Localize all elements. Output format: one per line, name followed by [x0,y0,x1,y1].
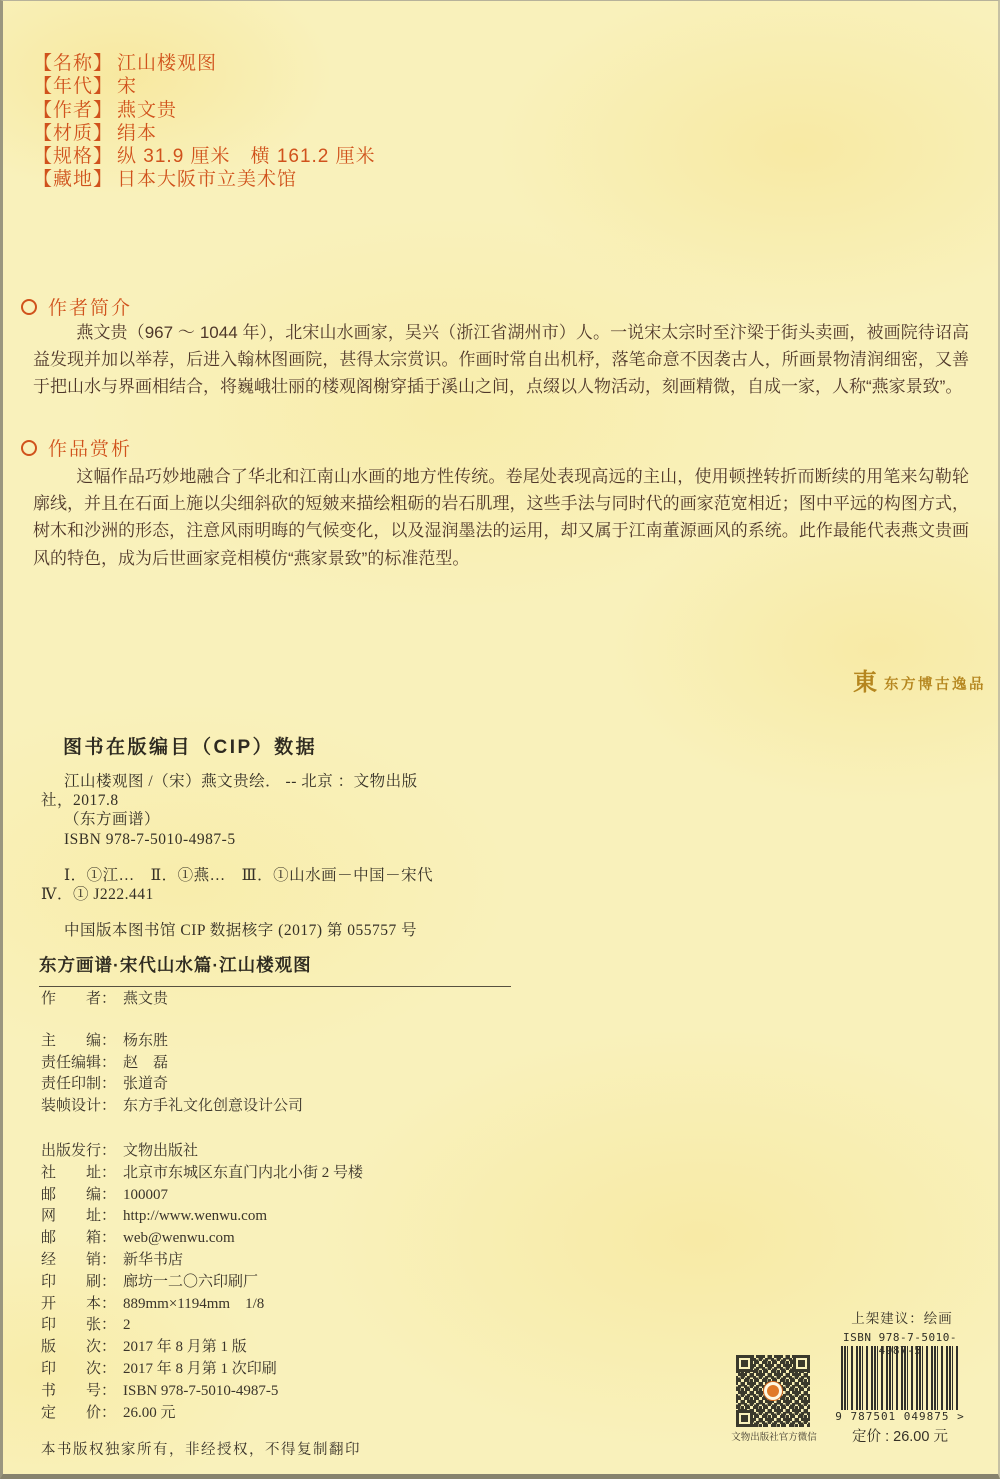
row-value: ISBN 978-7-5010-4987-5 [123,1383,278,1399]
cip-line: 中国版本图书馆 CIP 数据核字 (2017) 第 055757 号 [41,921,433,940]
artwork-info-row: 【藏地】日本大阪市立美术馆 [33,168,376,191]
cip-line: Ⅳ．① J222.441 [41,885,433,904]
artwork-info-row: 【作者】燕文贵 [33,99,376,122]
row-label: 版 次： [41,1335,123,1356]
shelf-advice: 上架建议：绘画 [839,1307,965,1327]
circle-bullet-icon [21,299,37,315]
cip-line: Ⅰ．①江… Ⅱ．①燕… Ⅲ．①山水画－中国－宋代 [41,866,433,885]
colophon-row: 印 张：2 [41,1313,363,1335]
row-value: 2 [123,1317,131,1333]
row-value: 26.00 元 [123,1405,176,1421]
field-value: 日本大阪市立美术馆 [117,169,297,190]
cip-title: 图书在版编目（CIP）数据 [63,732,317,759]
row-value: 文物出版社 [123,1143,198,1159]
qr-finder-icon [736,1355,753,1372]
row-label: 出版发行： [41,1139,123,1160]
colophon-row: 社 址：北京市东城区东直门内北小街 2 号楼 [41,1161,363,1183]
qr-finder-icon [793,1355,810,1372]
row-label: 印 次： [41,1357,123,1378]
colophon-row: 主 编：杨东胜 [41,1029,363,1051]
field-label: 【作者】 [33,100,113,121]
field-label: 【材质】 [33,123,113,144]
row-value: web@wenwu.com [123,1230,235,1246]
colophon-row: 装帧设计：东方手礼文化创意设计公司 [41,1094,363,1116]
circle-bullet-icon [21,440,37,456]
cip-line: ISBN 978-7-5010-4987-5 [41,830,433,849]
row-label: 印 张： [41,1313,123,1334]
colophon-row: 责任编辑：赵 磊 [41,1051,363,1073]
field-label: 【藏地】 [33,169,113,190]
series-title: 东方画谱·宋代山水篇·江山楼观图 [39,952,511,987]
colophon-row: 定 价：26.00 元 [41,1401,363,1423]
row-label: 印 刷： [41,1270,123,1291]
artwork-info-row: 【年代】宋 [33,75,376,98]
section-title: 作者简介 [48,293,132,320]
book-back-cover: 【名称】江山楼观图 【年代】宋 【作者】燕文贵 【材质】绢本 【规格】纵 31.… [0,0,1000,1479]
field-value: 宋 [117,76,137,97]
qr-caption: 文物出版社官方微信 [728,1429,820,1443]
colophon-row: 经 销：新华书店 [41,1248,363,1270]
field-label: 【年代】 [33,76,113,97]
row-label: 开 本： [41,1292,123,1313]
row-value: 100007 [123,1187,168,1203]
field-value: 江山楼观图 [117,53,217,74]
section-header-author-bio: 作者简介 [21,293,132,320]
row-label: 责任印制： [41,1072,123,1093]
row-value: 杨东胜 [123,1033,168,1049]
copyright-notice: 本书版权独家所有，非经授权，不得复制翻印 [41,1438,361,1459]
barcode-price: 定价 : 26.00 元 [837,1425,963,1446]
qr-code [736,1355,810,1427]
row-label: 书 号： [41,1379,123,1400]
colophon-row: 开 本：889mm×1194mm 1/8 [41,1292,363,1314]
row-label: 网 址： [41,1204,123,1225]
row-value: http://www.wenwu.com [123,1208,267,1224]
row-value: 张道奇 [123,1076,168,1092]
colophon-row: 版 次：2017 年 8 月第 1 版 [41,1335,363,1357]
author-bio-paragraph: 燕文贵（967 ～ 1044 年），北宋山水画家，吴兴（浙江省湖州市）人。一说宋… [33,319,969,401]
artwork-analysis-paragraph: 这幅作品巧妙地融合了华北和江南山水画的地方性传统。卷尾处表现高远的主山，使用顿挫… [33,463,969,572]
colophon-row: 邮 箱：web@wenwu.com [41,1226,363,1248]
artwork-info-row: 【名称】江山楼观图 [33,52,376,75]
row-value: 北京市东城区东直门内北小街 2 号楼 [123,1165,363,1181]
row-label: 定 价： [41,1401,123,1422]
colophon-row: 印 次：2017 年 8 月第 1 次印刷 [41,1357,363,1379]
row-label: 作 者： [41,987,123,1008]
field-value: 纵 31.9 厘米 横 161.2 厘米 [117,146,376,167]
brand-name: 东方博古逸品 [884,673,986,694]
row-value: 燕文贵 [123,991,168,1007]
row-label: 主 编： [41,1029,123,1050]
qr-center-logo-icon [763,1381,783,1401]
brand-logo: 東 东方博古逸品 [853,671,986,695]
cip-line: 江山楼观图 /（宋）燕文贵绘． -- 北京 ：文物出版 [41,772,433,791]
field-label: 【规格】 [33,146,113,167]
row-label: 经 销： [41,1248,123,1269]
colophon-row: 出版发行：文物出版社 [41,1139,363,1161]
row-label: 邮 箱： [41,1226,123,1247]
field-value: 绢本 [117,123,157,144]
qr-finder-icon [736,1410,753,1427]
cip-line: （东方画谱） [41,810,433,829]
colophon-row: 邮 编：100007 [41,1183,363,1205]
row-label: 邮 编： [41,1183,123,1204]
section-title: 作品赏析 [48,434,132,461]
colophon-row: 印 刷：廊坊一二〇六印刷厂 [41,1270,363,1292]
row-value: 赵 磊 [123,1055,168,1071]
row-value: 新华书店 [123,1252,183,1268]
brand-seal-icon: 東 [853,671,877,695]
artwork-info: 【名称】江山楼观图 【年代】宋 【作者】燕文贵 【材质】绢本 【规格】纵 31.… [33,52,376,192]
artwork-info-row: 【材质】绢本 [33,122,376,145]
colophon: 作 者：燕文贵 主 编：杨东胜 责任编辑：赵 磊 责任印制：张道奇 装帧设计：东… [41,987,363,1422]
colophon-row: 作 者：燕文贵 [41,987,363,1009]
row-value: 东方手礼文化创意设计公司 [123,1098,303,1114]
row-value: 889mm×1194mm 1/8 [123,1296,264,1312]
row-label: 责任编辑： [41,1051,123,1072]
row-value: 2017 年 8 月第 1 版 [123,1339,247,1355]
row-value: 2017 年 8 月第 1 次印刷 [123,1361,277,1377]
row-value: 廊坊一二〇六印刷厂 [123,1274,258,1290]
row-label: 社 址： [41,1161,123,1182]
colophon-row: 网 址：http://www.wenwu.com [41,1204,363,1226]
cip-line: 社，2017.8 [41,791,433,810]
section-header-artwork-analysis: 作品赏析 [21,434,132,461]
field-label: 【名称】 [33,53,113,74]
cip-block: 江山楼观图 /（宋）燕文贵绘． -- 北京 ：文物出版 社，2017.8 （东方… [41,772,433,940]
colophon-row: 责任印制：张道奇 [41,1072,363,1094]
artwork-info-row: 【规格】纵 31.9 厘米 横 161.2 厘米 [33,145,376,168]
colophon-row: 书 号：ISBN 978-7-5010-4987-5 [41,1379,363,1401]
row-label: 装帧设计： [41,1094,123,1115]
barcode-digits: 9 787501 049875 > [833,1410,967,1423]
field-value: 燕文贵 [117,100,177,121]
barcode [841,1346,959,1410]
